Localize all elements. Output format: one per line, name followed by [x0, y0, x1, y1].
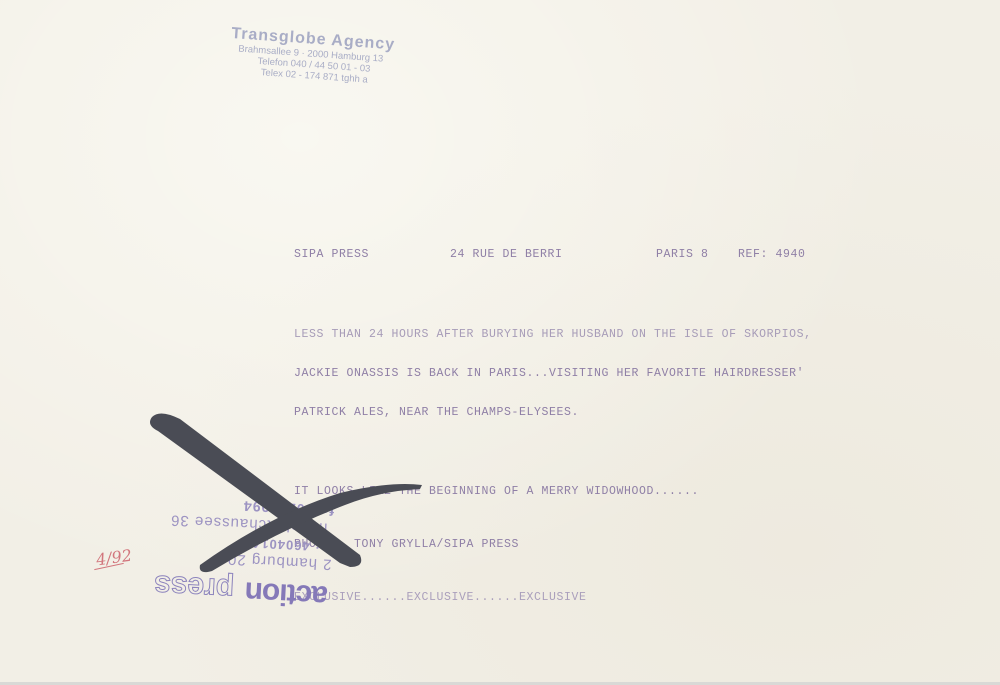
caption-line: JACKIE ONASSIS IS BACK IN PARIS...VISITI…	[294, 367, 812, 380]
cross-out-mark-icon	[140, 405, 430, 575]
header-ref: REF: 4940	[738, 248, 806, 261]
exclusive-line: EXCLUSIVE......EXCLUSIVE......EXCLUSIVE	[294, 590, 812, 605]
header-city: PARIS 8	[656, 248, 709, 261]
caption-line: LESS THAN 24 HOURS AFTER BURYING HER HUS…	[294, 328, 812, 341]
header-address: 24 RUE DE BERRI	[450, 248, 563, 261]
header-agency: SIPA PRESS	[294, 248, 369, 261]
caption-header: SIPA PRESS 24 RUE DE BERRI PARIS 8 REF: …	[294, 248, 812, 263]
action-logo: action	[245, 574, 329, 612]
